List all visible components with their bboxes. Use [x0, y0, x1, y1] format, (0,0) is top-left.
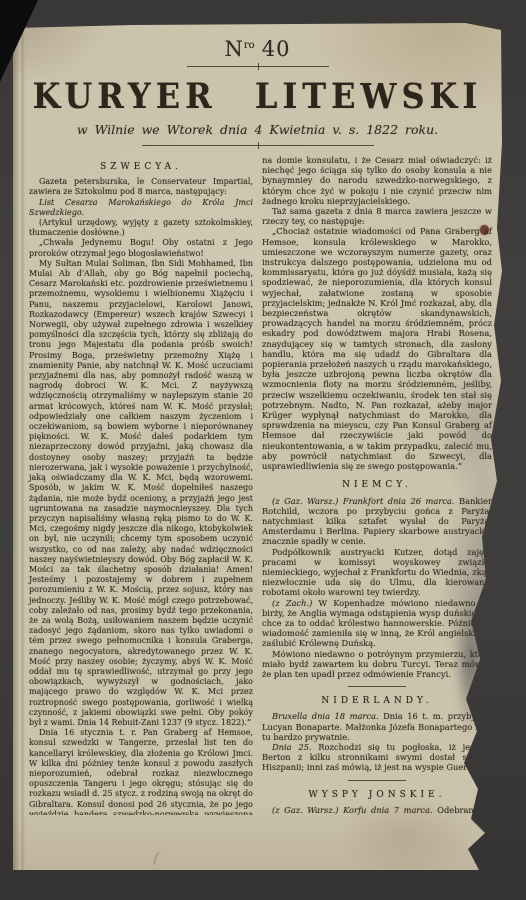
issue-letter: N	[225, 37, 244, 61]
masthead-rule-bottom	[142, 145, 374, 146]
paragraph: „Chwała Jedynemu Bogu! Oby ostatni z Jeg…	[29, 238, 253, 258]
section-heading-wyspy-jonskie: WYSPY JONSKIE.	[262, 790, 492, 800]
newspaper-page: Nro40 KURYER LITEWSKI w Wilnie we Wtorek…	[13, 23, 502, 870]
article-columns: SZWECYA. Gazeta petersburska, le Conserv…	[13, 155, 502, 815]
paragraph: List Cesarza Marokańskiego do Króla Jmci…	[29, 198, 253, 218]
paragraph: (z Zach.) W Kopenhadze mówiono niedawno …	[262, 598, 492, 649]
paragraph: Dnia 25. Rozchodzi się tu pogłoska, iż j…	[262, 742, 492, 773]
dateline-lead: Dnia 25.	[272, 742, 318, 752]
dateline-lead: (z Gaz. Warsz.) Korfu dnia 7 marca.	[272, 805, 437, 815]
paragraph: Podpółkownik austryacki Kutzer, dotąd za…	[262, 547, 492, 598]
section-divider	[348, 780, 406, 781]
column-right: na domie konsulatu, i że Cesarz miał ośw…	[262, 155, 492, 815]
paragraph: (z Gaz. Warsz.) Korfu dnia 7 marca. Odeb…	[262, 805, 492, 815]
section-heading-niemcy: NIEMCY.	[262, 480, 492, 490]
issue-superscript: ro	[244, 40, 255, 51]
section-heading-niderlandy: NIDERLANDY.	[262, 696, 492, 706]
dateline-lead: Bruxella dnia 18 marca.	[272, 711, 383, 721]
paragraph: Taż sama gazeta z dnia 8 marca zawiera j…	[262, 206, 492, 226]
paragraph: My Sułtan Mulai Soliman, Ibn Sidi Mohham…	[29, 259, 253, 728]
paragraph: Gazeta petersburska, le Conservateur Imp…	[29, 177, 253, 197]
issue-digits: 40	[262, 37, 291, 61]
page-content: Nro40 KURYER LITEWSKI w Wilnie we Wtorek…	[13, 37, 502, 815]
masthead: Nro40 KURYER LITEWSKI w Wilnie we Wtorek…	[13, 37, 502, 146]
section-heading-szwecya: SZWECYA.	[29, 162, 253, 172]
dateline-lead: (z Gaz. Warsz.) Frankfort dnia 26 marca.	[272, 496, 459, 506]
dateline-lead: (z Zach.)	[272, 598, 319, 608]
paragraph: „Chociaż ostatnie wiadomości od Pana Gra…	[262, 226, 492, 471]
issue-number: Nro40	[13, 37, 502, 61]
paragraph: (Artykuł urzędowy, wyjęty z gazety sztok…	[29, 218, 253, 238]
paragraph: Bruxella dnia 18 marca. Dnia 16 t. m. pr…	[262, 711, 492, 742]
paragraph: (z Gaz. Warsz.) Frankfort dnia 26 marca.…	[262, 496, 492, 547]
newspaper-title: KURYER LITEWSKI	[13, 75, 502, 116]
paragraph: na domie konsulatu, i że Cesarz miał ośw…	[262, 155, 492, 206]
paragraph: Mówiono niedawno o potróynym przymierzu,…	[262, 649, 492, 680]
column-left: SZWECYA. Gazeta petersburska, le Conserv…	[29, 155, 253, 815]
ink-smudge-mark	[153, 850, 165, 867]
masthead-rule-top	[187, 66, 329, 67]
paragraph: Dnia 16 stycznia t. r. Pan Graberg af He…	[29, 728, 253, 815]
masthead-dateline: w Wilnie we Wtorek dnia 4 Kwietnia v. s.…	[13, 122, 502, 137]
section-divider	[348, 686, 406, 687]
